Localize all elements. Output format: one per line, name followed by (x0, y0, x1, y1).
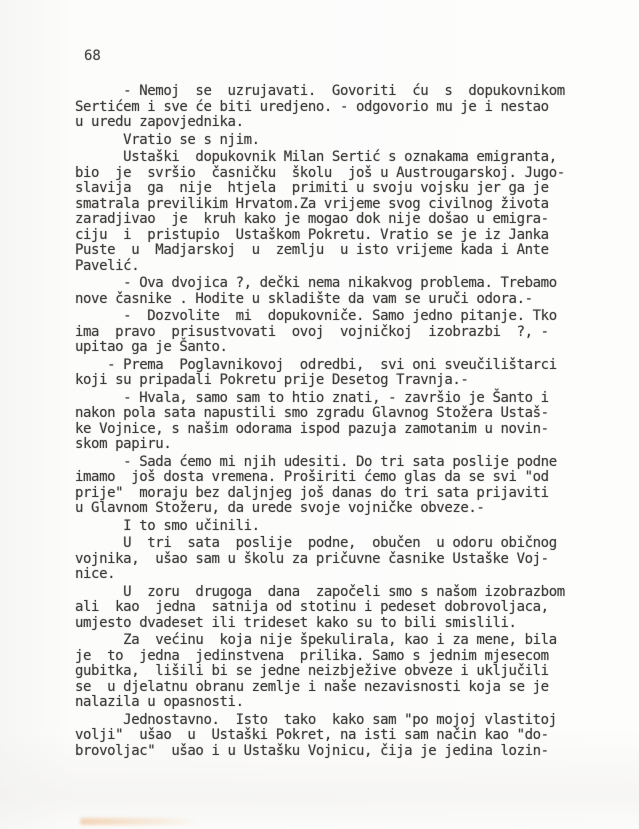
paragraph: Vratio se s njim. (75, 133, 595, 149)
paragraph: Za većinu koja nije špekulirala, kao i z… (75, 633, 595, 711)
text-line: Pavelić. (75, 259, 595, 275)
text-line: - Hvala, samo sam to htio znati, - završ… (75, 391, 595, 407)
text-line: skom papiru. (75, 437, 595, 453)
text-line: umjesto dvadeset ili trideset kako su to… (75, 616, 595, 632)
scan-smudge (80, 818, 198, 825)
text-line: u uredu zapovjednika. (75, 115, 595, 131)
text-line: - Ova dvojica ?, dečki nema nikakvog pro… (75, 276, 595, 292)
text-line: ciju i pristupio Ustaškom Pokretu. Vrati… (75, 228, 595, 244)
text-line: upitao ga je Šanto. (75, 340, 595, 356)
paragraph: - Prema Poglavnikovoj odredbi, svi oni s… (75, 358, 595, 389)
text-line: - Prema Poglavnikovoj odredbi, svi oni s… (75, 358, 595, 374)
text-line: vojnika, ušao sam u školu za pričuvne ča… (75, 552, 595, 568)
text-line: ke Vojnice, s našim odorama ispod pazuja… (75, 422, 595, 438)
paragraph: - Hvala, samo sam to htio znati, - završ… (75, 391, 595, 453)
text-line: ali kao jedna satnija od stotinu i pedes… (75, 600, 595, 616)
text-line: prije" moraju bez daljnjeg još danas do … (75, 486, 595, 502)
text-line: nakon pola sata napustili smo zgradu Gla… (75, 406, 595, 422)
paragraph: U tri sata poslije podne, obučen u odoru… (75, 536, 595, 583)
text-line: zaradjivao je kruh kako je mogao dok nij… (75, 212, 595, 228)
text-line: nalazila u opasnosti. (75, 695, 595, 711)
text-line: - Sada ćemo mi njih udesiti. Do tri sata… (75, 455, 595, 471)
paragraph: - Ova dvojica ?, dečki nema nikakvog pro… (75, 276, 595, 307)
text-line: Jednostavno. Isto tako kako sam "po mojo… (75, 713, 595, 729)
text-line: - Nemoj se uzrujavati. Govoriti ću s dop… (75, 84, 595, 100)
text-line: imamo još dosta vremena. Proširiti ćemo … (75, 470, 595, 486)
text-line: gubitka, lišili bi se jedne neizbježive … (75, 664, 595, 680)
text-line: Za većinu koja nije špekulirala, kao i z… (75, 633, 595, 649)
text-line: - Dozvolite mi dopukovniče. Samo jedno p… (75, 309, 595, 325)
text-line: U zoru drugoga dana započeli smo s našom… (75, 585, 595, 601)
text-line: volji" ušao u Ustaški Pokret, na isti sa… (75, 728, 595, 744)
text-line: brovoljac" ušao i u Ustašku Vojnicu, čij… (75, 744, 595, 760)
text-line: koji su pripadali Pokretu prije Desetog … (75, 373, 595, 389)
text-line: I to smo učinili. (75, 519, 595, 535)
text-line: slavija ga nije htjela primiti u svoju v… (75, 181, 595, 197)
text-line: se u djelatnu obranu zemlje i naše nezav… (75, 680, 595, 696)
text-line: Ustaški dopukovnik Milan Sertić s oznaka… (75, 150, 595, 166)
text-line: nove časnike . Hodite u skladište da vam… (75, 292, 595, 308)
paragraph: - Dozvolite mi dopukovniče. Samo jedno p… (75, 309, 595, 356)
page-number: 68 (84, 48, 101, 64)
paragraph: Jednostavno. Isto tako kako sam "po mojo… (75, 713, 595, 760)
text-line: nice. (75, 567, 595, 583)
text-line: Sertićem i sve će biti uredjeno. - odgov… (75, 100, 595, 116)
paragraph: - Nemoj se uzrujavati. Govoriti ću s dop… (75, 84, 595, 131)
text-block: - Nemoj se uzrujavati. Govoriti ću s dop… (75, 84, 595, 761)
text-line: bio je svršio časničku školu još u Austr… (75, 166, 595, 182)
paragraph: U zoru drugoga dana započeli smo s našom… (75, 585, 595, 632)
text-line: u Glavnom Stožeru, da urede svoje vojnič… (75, 501, 595, 517)
paragraph: - Sada ćemo mi njih udesiti. Do tri sata… (75, 455, 595, 517)
text-line: je to jedna jedinstvena prilika. Samo s … (75, 649, 595, 665)
text-line: U tri sata poslije podne, obučen u odoru… (75, 536, 595, 552)
scanned-page: 68 - Nemoj se uzrujavati. Govoriti ću s … (0, 0, 639, 829)
text-line: ima pravo prisustvovati ovoj vojničkoj i… (75, 325, 595, 341)
text-line: Puste u Madjarskoj u zemlju u isto vrije… (75, 243, 595, 259)
text-line: Vratio se s njim. (75, 133, 595, 149)
text-line: smatrala previlikim Hrvatom.Za vrijeme s… (75, 197, 595, 213)
paragraph: I to smo učinili. (75, 519, 595, 535)
paragraph: Ustaški dopukovnik Milan Sertić s oznaka… (75, 150, 595, 274)
